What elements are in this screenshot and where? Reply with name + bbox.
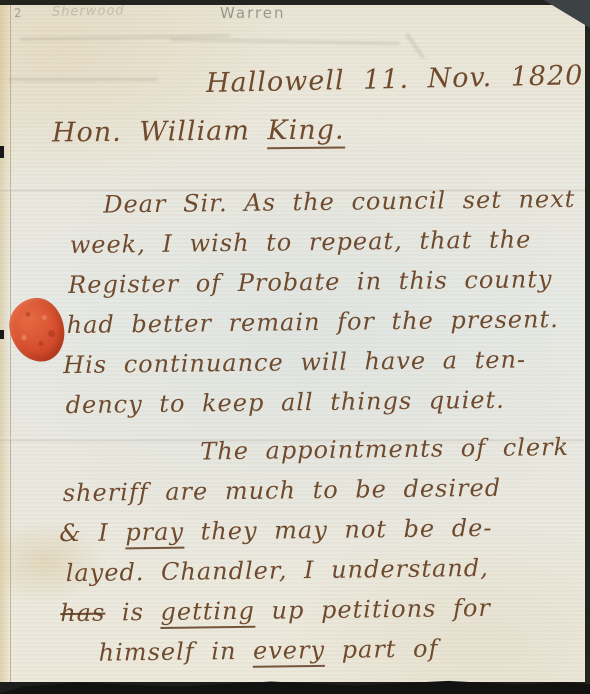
letter-line-segment: is (105, 598, 161, 627)
letter-line-segment: pray (125, 518, 184, 550)
letter-line-segment: every (253, 636, 325, 668)
salutation-segment: King. (267, 114, 344, 149)
letter-line: dency to keep all things quiet. (65, 379, 577, 425)
edge-notch (0, 146, 4, 158)
scan-top-edge (0, 0, 590, 5)
letter-line-segment: dency to keep all things quiet. (66, 386, 505, 419)
letter-line-segment: layed. Chandler, I understand, (66, 554, 489, 587)
letter-line: Register of Probate in this county (68, 259, 576, 305)
letter-line: layed. Chandler, I understand, (65, 547, 579, 593)
letter-line-segment: had better remain for the present. (67, 305, 559, 339)
letter-line-segment: The appointments of clerk and (200, 432, 590, 465)
left-fold-edge (0, 4, 11, 682)
edge-notch (0, 330, 4, 339)
letter-line-segment: week, I wish to repeat, that the (70, 225, 532, 259)
letter-line: sheriff are much to be desired (63, 467, 579, 513)
pencil-annotation-name: Sherwood (52, 3, 125, 19)
letter-line-segment: himself in (99, 637, 254, 667)
pencil-annotation-warren: Warren (220, 4, 286, 22)
letter-line: His continuance will have a ten- (63, 339, 577, 385)
letter-salutation: Hon. William King. (52, 114, 345, 148)
scanned-letter: 2 Sherwood Warren Hallowell 11. Nov. 182… (0, 0, 590, 694)
letter-line: has is getting up petitions for (60, 587, 580, 633)
letter-line: & I pray they may not be de- (59, 507, 579, 553)
letter-line-segment: has (60, 599, 105, 628)
salutation-segment: Hon. William (52, 115, 268, 148)
letter-body: Dear Sir. As the council set nextweek, I… (55, 179, 581, 681)
letter-line-segment: His continuance will have a ten- (63, 345, 526, 379)
letter-line-segment: sheriff are much to be desired (63, 474, 502, 507)
letter-line-segment: they may not be de- (184, 514, 493, 546)
letter-line-segment: & I (59, 518, 125, 547)
letter-line: The appointments of clerk and (200, 427, 578, 472)
pencil-annotation-number: 2 (14, 6, 23, 20)
pencil-smudge (8, 78, 158, 81)
letter-line-segment: getting (160, 597, 255, 629)
letter-line: week, I wish to repeat, that the (69, 219, 575, 265)
letter-line: Dear Sir. As the council set next (103, 179, 575, 225)
letter-paragraph: The appointments of clerk andsheriff are… (58, 427, 581, 673)
letter-line: had better remain for the present. (66, 299, 576, 345)
letter-line-segment: part of (325, 635, 439, 664)
letter-paragraph: Dear Sir. As the council set nextweek, I… (55, 179, 578, 425)
letter-line: himself in every part of (98, 627, 580, 673)
letter-line-segment: Dear Sir. As the council set next (103, 185, 575, 219)
letter-line-segment: Register of Probate in this county (68, 265, 553, 299)
scan-right-edge (585, 0, 590, 694)
letter-line-segment: up petitions for (255, 594, 491, 625)
